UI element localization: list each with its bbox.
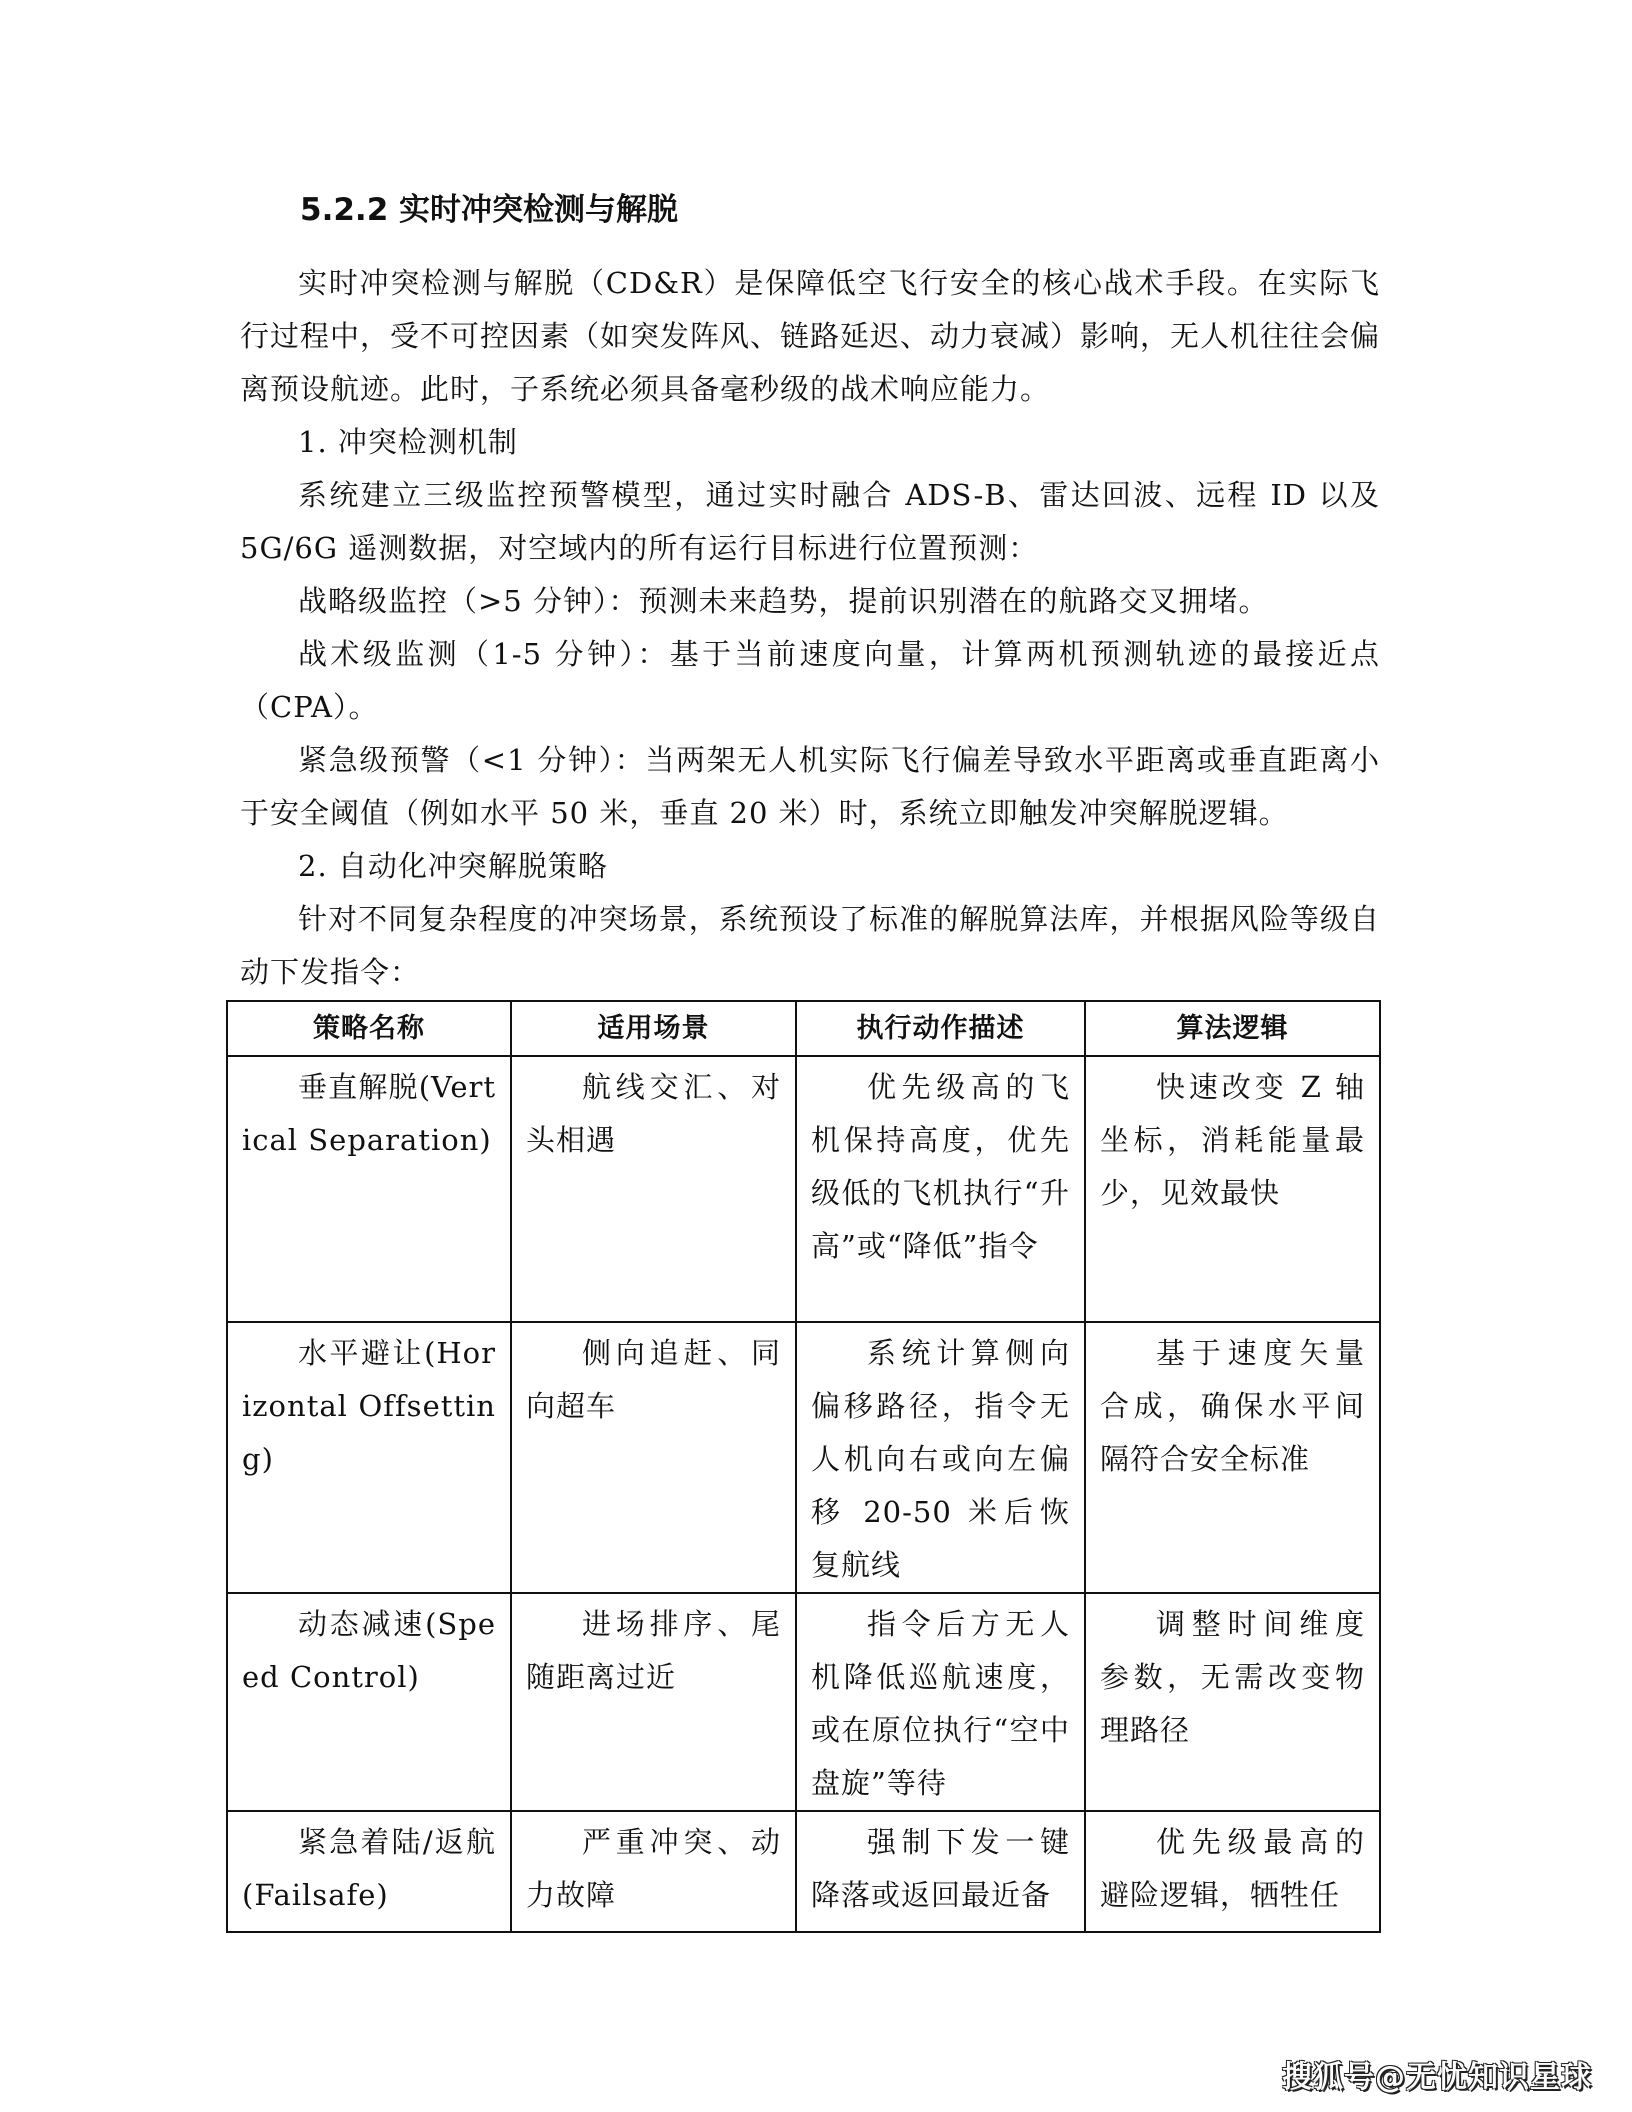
watermark: 搜狐号@无忧知识星球 [1282,2052,1592,2096]
paragraph-tactical: 战术级监测（1-5 分钟）：基于当前速度向量，计算两机预测轨迹的最接近点（CPA… [240,628,1380,734]
cell-name: 紧急着陆/返航 (Failsafe) [227,1811,511,1932]
table-header-row: 策略名称 适用场景 执行动作描述 算法逻辑 [227,1001,1380,1056]
header-scenario: 适用场景 [511,1001,796,1056]
section-heading: 5.2.2 实时冲突检测与解脱 [300,190,678,230]
table-row: 水平避让(Horizontal Offsetting) 侧向追赶、同向超车 系统… [227,1322,1380,1593]
cell-logic: 优先级最高的避险逻辑，牺牲任 [1085,1811,1380,1932]
table-row: 动态减速(Speed Control) 进场排序、尾随距离过近 指令后方无人机降… [227,1593,1380,1811]
cell-action: 指令后方无人机降低巡航速度，或在原位执行“空中盘旋”等待 [796,1593,1085,1811]
header-strategy-name: 策略名称 [227,1001,511,1056]
paragraph-model: 系统建立三级监控预警模型，通过实时融合 ADS-B、雷达回波、远程 ID 以及 … [240,469,1380,575]
cell-scenario: 严重冲突、动力故障 [511,1811,796,1932]
cell-action: 系统计算侧向偏移路径，指令无人机向右或向左偏移 20-50 米后恢复航线 [796,1322,1085,1593]
cell-name: 水平避让(Horizontal Offsetting) [227,1322,511,1593]
subheading-resolution: 2. 自动化冲突解脱策略 [240,840,1380,893]
table-row: 垂直解脱(Vertical Separation) 航线交汇、对头相遇 优先级高… [227,1056,1380,1322]
cell-action: 强制下发一键降落或返回最近备 [796,1811,1085,1932]
cell-name: 垂直解脱(Vertical Separation) [227,1056,511,1322]
cell-scenario: 航线交汇、对头相遇 [511,1056,796,1322]
cell-action: 优先级高的飞机保持高度，优先级低的飞机执行“升高”或“降低”指令 [796,1056,1085,1322]
cell-scenario: 进场排序、尾随距离过近 [511,1593,796,1811]
document-page: 5.2.2 实时冲突检测与解脱 实时冲突检测与解脱（CD&R）是保障低空飞行安全… [0,0,1632,2112]
cell-logic: 基于速度矢量合成，确保水平间隔符合安全标准 [1085,1322,1380,1593]
paragraph-strategic: 战略级监控（>5 分钟）：预测未来趋势，提前识别潜在的航路交叉拥堵。 [240,575,1380,628]
cell-logic: 快速改变 Z 轴坐标，消耗能量最少，见效最快 [1085,1056,1380,1322]
body-text: 实时冲突检测与解脱（CD&R）是保障低空飞行安全的核心战术手段。在实际飞行过程中… [240,257,1380,999]
header-action: 执行动作描述 [796,1001,1085,1056]
table-row: 紧急着陆/返航 (Failsafe) 严重冲突、动力故障 强制下发一键降落或返回… [227,1811,1380,1932]
paragraph-emergency: 紧急级预警（<1 分钟）：当两架无人机实际飞行偏差导致水平距离或垂直距离小于安全… [240,734,1380,840]
paragraph-library: 针对不同复杂程度的冲突场景，系统预设了标准的解脱算法库，并根据风险等级自动下发指… [240,893,1380,999]
cell-name: 动态减速(Speed Control) [227,1593,511,1811]
paragraph-intro: 实时冲突检测与解脱（CD&R）是保障低空飞行安全的核心战术手段。在实际飞行过程中… [240,257,1380,416]
subheading-detection: 1. 冲突检测机制 [240,416,1380,469]
cell-scenario: 侧向追赶、同向超车 [511,1322,796,1593]
strategy-table: 策略名称 适用场景 执行动作描述 算法逻辑 垂直解脱(Vertical Sepa… [226,1000,1381,1933]
header-logic: 算法逻辑 [1085,1001,1380,1056]
cell-logic: 调整时间维度参数，无需改变物理路径 [1085,1593,1380,1811]
